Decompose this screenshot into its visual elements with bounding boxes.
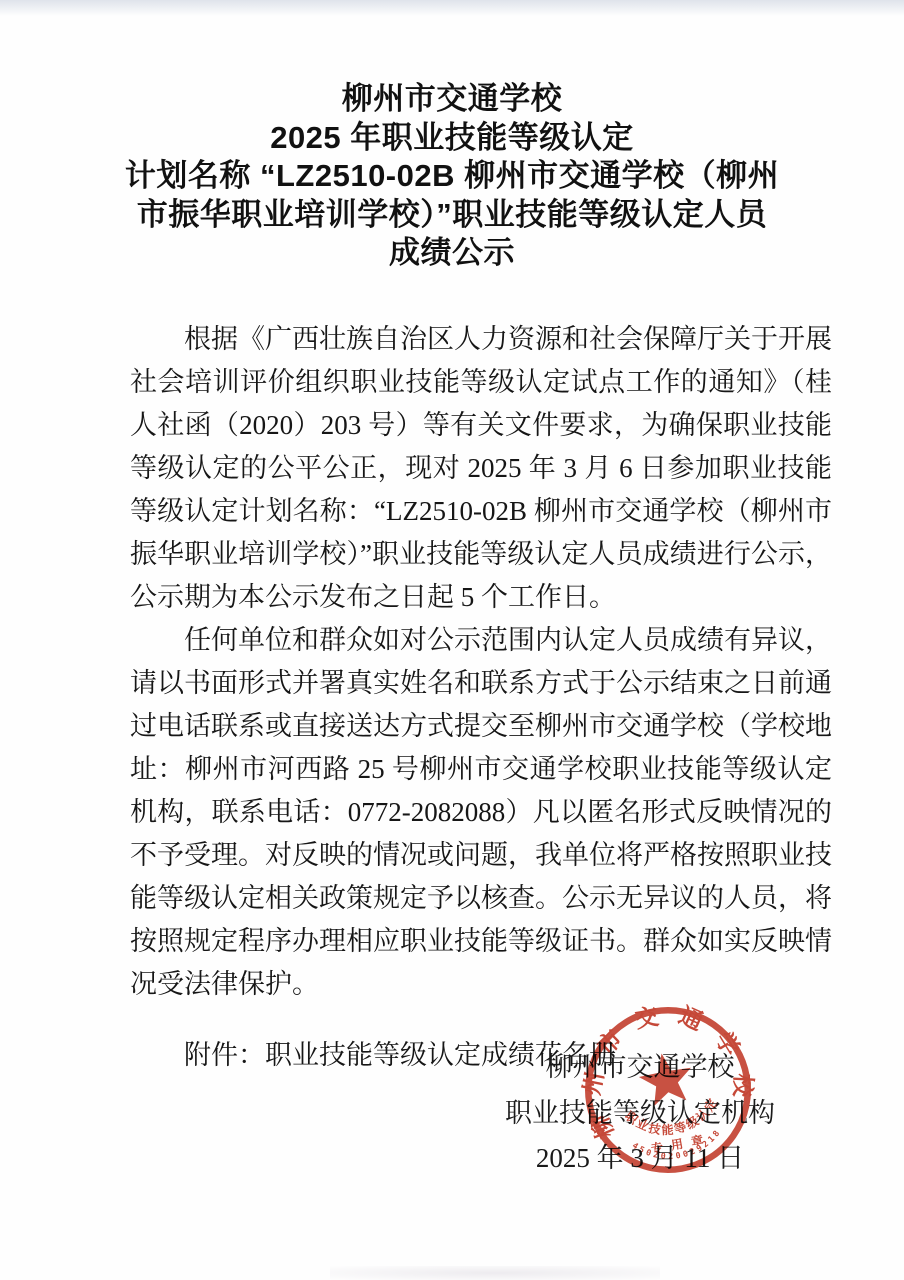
title-line-1: 柳州市交通学校	[55, 80, 849, 119]
paragraph-objection: 任何单位和群众如对公示范围内认定人员成绩有异议，请以书面形式并署真实姓名和联系方…	[130, 619, 832, 1006]
signature-block: 柳州市交通学校 职业技能等级认定机构 2025 年 3 月 11 日	[410, 1045, 870, 1182]
document-page: 柳州市交通学校 2025 年职业技能等级认定 计划名称 “LZ2510-02B …	[0, 0, 904, 1280]
title-line-2: 2025 年职业技能等级认定	[55, 119, 849, 158]
scan-artifact-bottom	[330, 1266, 660, 1280]
scan-artifact-top	[0, 0, 904, 16]
signature-date: 2025 年 3 月 11 日	[410, 1136, 870, 1182]
signature-org-line2: 职业技能等级认定机构	[410, 1091, 870, 1137]
document-body: 根据《广西壮族自治区人力资源和社会保障厅关于开展社会培训评价组织职业技能等级认定…	[130, 318, 832, 1077]
paragraph-basis: 根据《广西壮族自治区人力资源和社会保障厅关于开展社会培训评价组织职业技能等级认定…	[130, 318, 832, 619]
title-line-5: 成绩公示	[55, 234, 849, 273]
document-title: 柳州市交通学校 2025 年职业技能等级认定 计划名称 “LZ2510-02B …	[55, 80, 849, 273]
title-line-3: 计划名称 “LZ2510-02B 柳州市交通学校（柳州	[55, 157, 849, 196]
signature-org-line1: 柳州市交通学校	[410, 1045, 870, 1091]
title-line-4: 市振华职业培训学校）”职业技能等级认定人员	[55, 196, 849, 235]
